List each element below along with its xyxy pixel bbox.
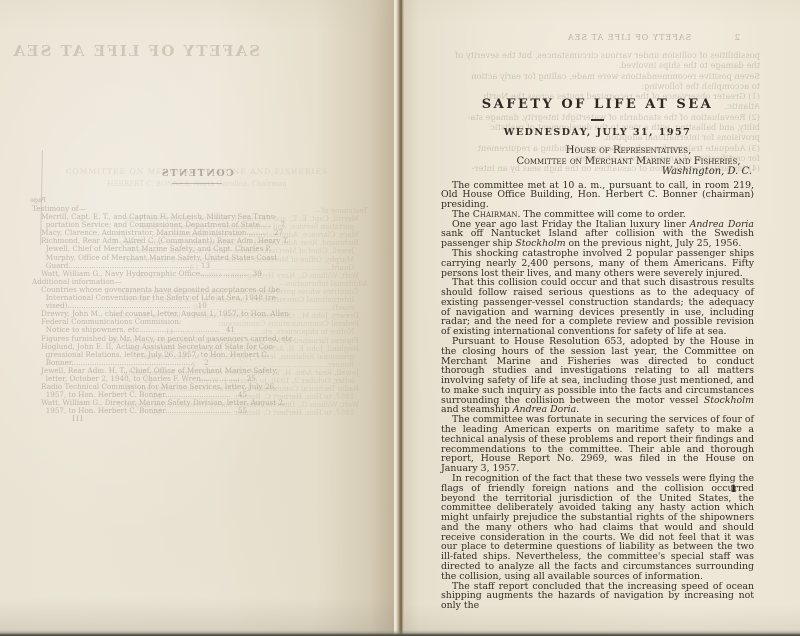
left-page-bleed-roster-line: HERBERT C. BONNER, North Carolina, Chair…	[12, 180, 382, 188]
left-page-bleed-contents-heading: CONTENTS	[130, 168, 264, 179]
paragraph: This shocking catastrophe involved 2 pop…	[441, 249, 754, 278]
bleed-line: possibilities of collision under various…	[430, 50, 760, 60]
bleed-line: Seven positive recommendations were made…	[430, 71, 760, 81]
title-rule	[591, 119, 604, 121]
org-line-place: Washington, D. C.	[441, 167, 754, 178]
left-page: SAFETY OF LIFE AT SEA COMMITTEE ON MERCH…	[0, 0, 394, 636]
paragraph: The committee was fortunate in securing …	[441, 415, 754, 474]
right-page: SAFETY OF LIFE AT SEA 2 possibilities of…	[404, 0, 800, 636]
paragraph: One year ago last Friday the Italian lux…	[441, 220, 754, 249]
page-bottom-edge	[0, 630, 800, 636]
bleed-line: to accomplish the following:	[430, 81, 760, 91]
org-line-house: House of Representatives,	[441, 146, 754, 157]
paragraph: Pursuant to House Resolution 653, adopte…	[441, 337, 754, 415]
text-segment: This shocking catastrophe involved 2 pop…	[441, 248, 754, 279]
page-content: SAFETY OF LIFE AT SEA WEDNESDAY, JULY 31…	[441, 97, 754, 611]
paragraph: That this collision could occur and that…	[441, 278, 754, 337]
text-segment: The committee met at 10 a. m., pursuant …	[441, 180, 754, 211]
book-gutter	[394, 0, 404, 636]
left-page-bleed-page-label: Page	[30, 196, 46, 204]
text-segment: The committee was fortunate in securing …	[441, 414, 754, 474]
hearing-date: WEDNESDAY, JULY 31, 1957	[441, 127, 754, 138]
paragraph: The committee met at 10 a. m., pursuant …	[441, 181, 754, 210]
left-page-bleed-title: SAFETY OF LIFE AT SEA	[16, 42, 260, 60]
page-title: SAFETY OF LIFE AT SEA	[441, 97, 754, 112]
bleed-line: the damage to the ships involved.	[430, 60, 760, 70]
text-segment: In recognition of the fact that these tw…	[441, 473, 754, 582]
left-page-bleed-folio: III	[72, 414, 84, 423]
text-segment: The staff report concluded that the incr…	[441, 581, 754, 612]
text-segment: Stockholm	[704, 395, 754, 406]
bleed-header-folio: 2	[734, 33, 740, 43]
scanned-book-spread: SAFETY OF LIFE AT SEA COMMITTEE ON MERCH…	[0, 0, 800, 636]
body-text: The committee met at 10 a. m., pursuant …	[441, 181, 754, 611]
right-page-bleed-running-header: SAFETY OF LIFE AT SEA 2	[514, 33, 744, 42]
left-page-bleed-contents: Testimony of— Merrill, Capt. E. T., and …	[32, 205, 372, 415]
paragraph: The staff report concluded that the incr…	[441, 582, 754, 611]
paragraph: In recognition of the fact that these tw…	[441, 474, 754, 582]
bleed-header-text: SAFETY OF LIFE AT SEA	[567, 33, 691, 42]
contents-heading-rule	[172, 183, 222, 184]
text-segment: That this collision could occur and that…	[441, 277, 754, 337]
